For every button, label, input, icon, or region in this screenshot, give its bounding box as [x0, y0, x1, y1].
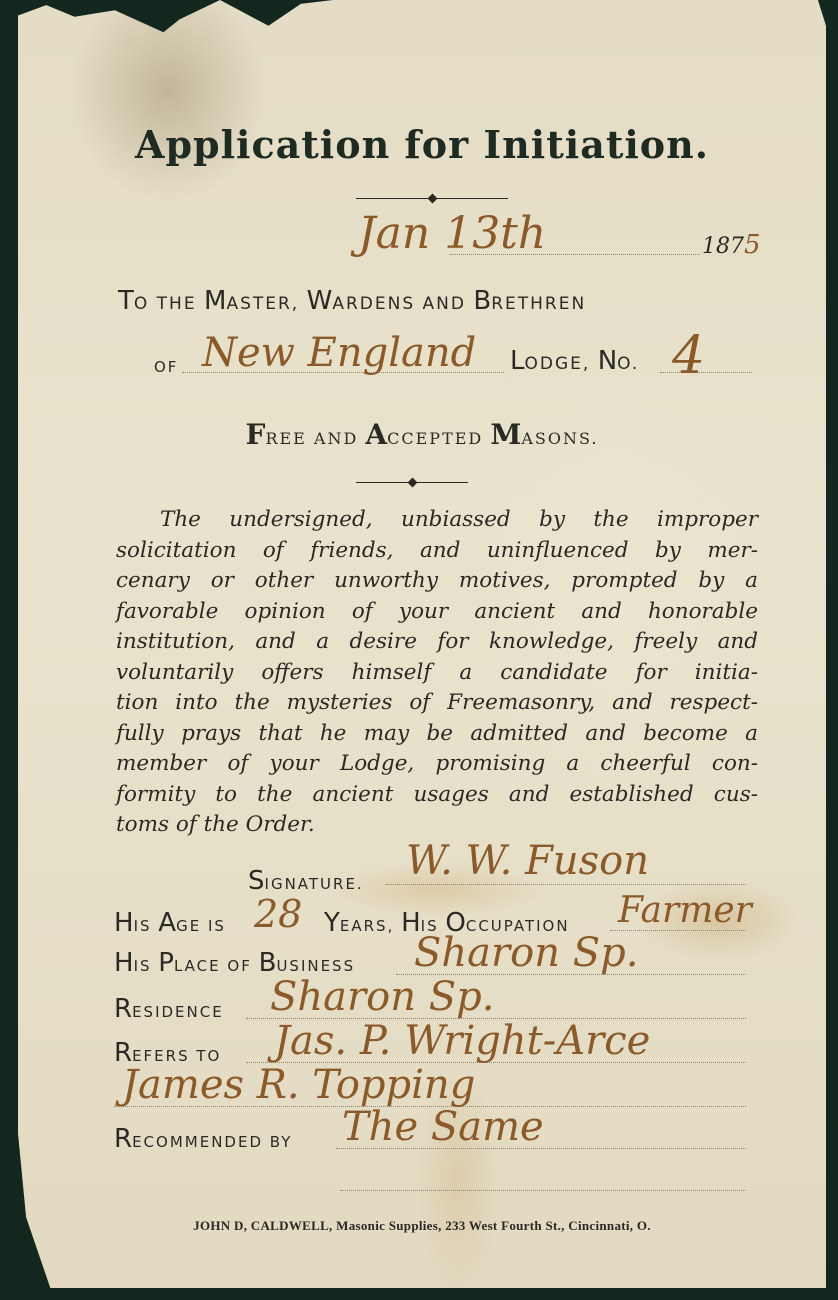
of-label: OF [154, 358, 178, 376]
petition-line: voluntarily offers himself a candidate f… [116, 658, 758, 689]
recommended-cap: R [114, 1124, 132, 1154]
date-dotted-line [450, 254, 700, 255]
no-text: O. [617, 354, 639, 374]
order-text: REE AND [265, 429, 365, 448]
salutation-text: ASTER, [226, 294, 306, 314]
blank-dotted-line [340, 1190, 746, 1191]
order-text: CCEPTED [387, 429, 490, 448]
business-text: LACE OF [174, 957, 259, 975]
petition-line: institution, and a desire for knowledge,… [116, 627, 758, 658]
order-cap-f: F [246, 418, 266, 451]
petition-line: solicitation of friends, and uninfluence… [116, 536, 758, 567]
salutation-cap-b: B [473, 286, 491, 316]
petition-line: The undersigned, unbiassed by the improp… [116, 505, 758, 536]
salutation-text: ARDENS AND [332, 294, 473, 314]
handwritten-date: Jan 13th [358, 208, 546, 259]
business-text: USINESS [276, 957, 355, 975]
refers-to-value: Jas. P. Wright-Arce [274, 1018, 650, 1064]
age-text: GE IS [176, 917, 226, 935]
lodge-name-value: New England [202, 330, 476, 376]
age-label: HIS AGE IS [114, 908, 226, 938]
business-text: IS [134, 957, 159, 975]
salutation-cap-w: W [307, 286, 333, 316]
petition-line: toms of the Order. [116, 810, 758, 841]
date-year: 1875 [702, 230, 761, 260]
petition-paragraph: The undersigned, unbiassed by the improp… [116, 505, 758, 841]
age-cap: A [158, 908, 176, 938]
printed-year-prefix: 187 [702, 234, 744, 259]
age-cap: H [114, 908, 134, 938]
refers-to-second-value: James R. Topping [122, 1062, 475, 1108]
residence-cap: R [114, 994, 132, 1024]
business-cap: P [158, 948, 174, 978]
salutation-cap-t: T [118, 286, 134, 316]
backdrop: Application for Initiation. Jan 13th 187… [0, 0, 838, 1300]
residence-label: RESIDENCE [114, 994, 224, 1024]
document-title: Application for Initiation. [18, 122, 826, 167]
no-cap: N [598, 346, 617, 376]
salutation-cap-m: M [204, 286, 226, 316]
lodge-cap: L [510, 346, 525, 376]
age-text: IS [134, 917, 159, 935]
order-cap-m: M [490, 418, 521, 451]
petition-line: cenary or other unworthy motives, prompt… [116, 566, 758, 597]
petition-line: tion into the mysteries of Freemasonry, … [116, 688, 758, 719]
signature-dotted-line [386, 884, 746, 885]
handwritten-year-suffix: 5 [744, 230, 761, 260]
lodge-number-value: 4 [672, 326, 705, 386]
years-cap: Y [324, 908, 340, 938]
residence-text: ESIDENCE [132, 1003, 224, 1021]
signature-value: W. W. Fuson [406, 838, 649, 884]
residence-value: Sharon Sp. [270, 974, 494, 1020]
petition-line: favorable opinion of your ancient and ho… [116, 597, 758, 628]
salutation-line: TO THE MASTER, WARDENS AND BRETHREN [118, 286, 586, 316]
petition-line: fully prays that he may be admitted and … [116, 719, 758, 750]
salutation-text: O THE [134, 294, 204, 314]
years-text: EARS, [340, 917, 401, 935]
occupation-value: Farmer [618, 890, 752, 931]
order-heading: FREE AND ACCEPTED MASONS. [18, 418, 826, 451]
printer-imprint: JOHN D, CALDWELL, Masonic Supplies, 233 … [18, 1218, 826, 1234]
recommended-by-value: The Same [342, 1104, 544, 1150]
petition-line: member of your Lodge, promising a cheerf… [116, 749, 758, 780]
recommended-text: ECOMMENDED BY [132, 1133, 292, 1151]
place-of-business-value: Sharon Sp. [414, 930, 638, 976]
section-ornament-divider [356, 482, 468, 483]
lodge-text: ODGE, [525, 354, 598, 374]
signature-text: IGNATURE. [265, 875, 364, 893]
application-form-paper: Application for Initiation. Jan 13th 187… [18, 0, 826, 1288]
petition-line: formity to the ancient usages and establ… [116, 780, 758, 811]
business-cap: H [114, 948, 134, 978]
order-text: ASONS. [521, 429, 598, 448]
salutation-text: RETHREN [491, 294, 586, 314]
lodge-label: LODGE, NO. [510, 346, 639, 376]
recommended-by-label: RECOMMENDED BY [114, 1124, 292, 1154]
order-cap-a: A [365, 418, 387, 451]
age-value: 28 [254, 892, 302, 936]
title-ornament-divider [356, 198, 508, 199]
